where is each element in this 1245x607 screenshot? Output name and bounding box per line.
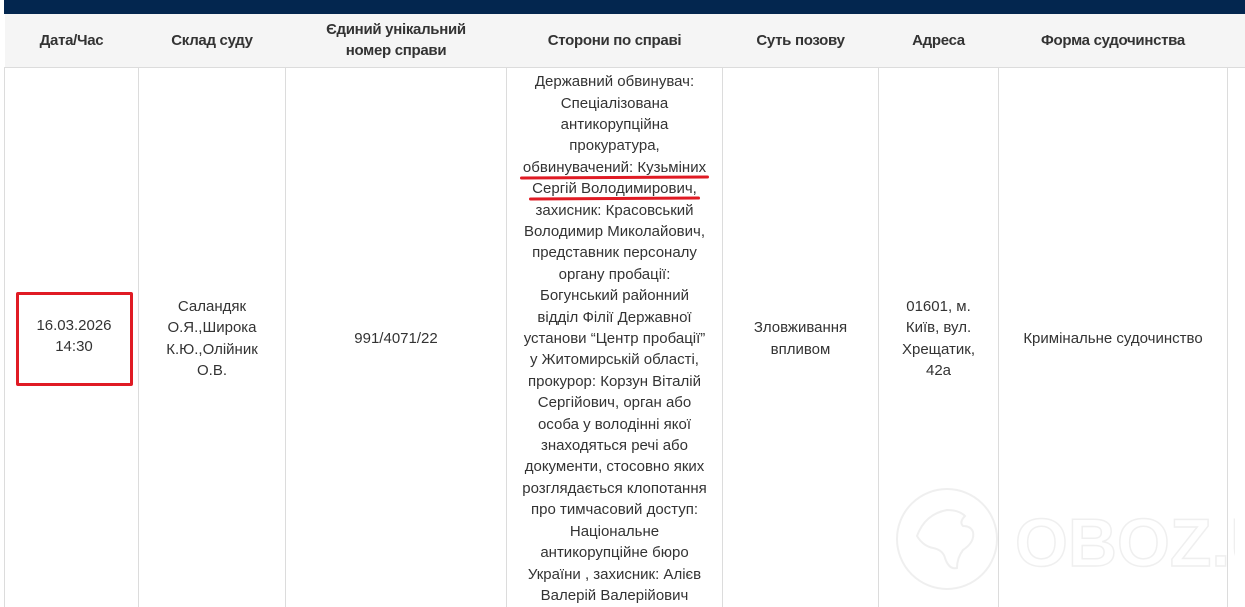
highlighted-party-line: обвинувачений: Кузьміних (517, 157, 712, 178)
header-address[interactable]: Адреса (879, 14, 999, 67)
header-court-composition[interactable]: Склад суду (139, 14, 286, 67)
court-schedule-page: Дата/Час Склад суду Єдиний унікальний но… (0, 0, 1245, 607)
header-claim[interactable]: Суть позову (723, 14, 879, 67)
cell-claim: Зловживання впливом (723, 67, 879, 607)
parties-text-before: Державний обвинувач:Спеціалізованаантико… (517, 71, 712, 157)
party-line: Державний обвинувач: (517, 71, 712, 92)
table-header-row: Дата/Час Склад суду Єдиний унікальний но… (5, 14, 1245, 67)
party-line: прокуратура, (517, 135, 712, 156)
claim-line: Зловживання (733, 317, 868, 338)
highlighted-text: Сергій Володимирович, (532, 180, 697, 197)
party-line: захисник: Красовський (517, 200, 712, 221)
party-line: відділ Філії Державної (517, 307, 712, 328)
party-line: знаходяться речі або (517, 435, 712, 456)
address-line: 01601, м. (889, 296, 988, 317)
party-line: особа у володінні якої (517, 414, 712, 435)
top-navigation-bar (4, 0, 1245, 14)
court-composition-line: О.Я.,Широка (149, 317, 275, 338)
cell-address: 01601, м. Київ, вул. Хрещатик, 42а (879, 67, 999, 607)
party-line: антикорупційне бюро (517, 542, 712, 563)
party-line: про тимчасовий доступ: (517, 499, 712, 520)
parties-text-after: захисник: КрасовськийВолодимир Миколайов… (517, 200, 712, 607)
party-line: Валерій Валерійович (517, 585, 712, 606)
address-line: 42а (889, 360, 988, 381)
header-case-number[interactable]: Єдиний унікальний номер справи (286, 14, 507, 67)
highlighted-text: обвинувачений: Кузьміних (523, 159, 706, 176)
cell-parties: Державний обвинувач:Спеціалізованаантико… (507, 67, 723, 607)
header-spacer (1228, 14, 1245, 67)
cell-spacer (1228, 67, 1245, 607)
address-line: Хрещатик, (889, 339, 988, 360)
court-composition-line: Саландяк (149, 296, 275, 317)
header-case-number-line2: номер справи (292, 40, 501, 61)
header-case-number-line1: Єдиний унікальний (292, 19, 501, 40)
court-hearings-table: Дата/Час Склад суду Єдиний унікальний но… (4, 14, 1245, 607)
court-composition-line: О.В. (149, 360, 275, 381)
hearing-date: 16.03.2026 (19, 315, 130, 336)
highlighted-party-line: Сергій Володимирович, (517, 178, 712, 199)
party-line: Спеціалізована (517, 93, 712, 114)
party-line: представник персоналу (517, 242, 712, 263)
table-row: 16.03.2026 14:30 Саландяк О.Я.,Широка К.… (5, 67, 1245, 607)
party-line: Сергійович, орган або (517, 392, 712, 413)
party-line: розглядається клопотання (517, 478, 712, 499)
highlight-box: 16.03.2026 14:30 (16, 292, 133, 386)
parties-highlighted-defendant: обвинувачений: КузьмінихСергій Володимир… (517, 157, 712, 200)
party-line: України , захисник: Алієв (517, 564, 712, 585)
cell-court-composition: Саландяк О.Я.,Широка К.Ю.,Олійник О.В. (139, 67, 286, 607)
cell-proceeding-form: Кримінальне судочинство (999, 67, 1228, 607)
party-line: Богунський районний (517, 285, 712, 306)
party-line: прокурор: Корзун Віталій (517, 371, 712, 392)
header-parties[interactable]: Сторони по справі (507, 14, 723, 67)
cell-case-number: 991/4071/22 (286, 67, 507, 607)
party-line: установи “Центр пробації” (517, 328, 712, 349)
header-proceeding-form[interactable]: Форма судочинства (999, 14, 1228, 67)
claim-line: впливом (733, 339, 868, 360)
address-line: Київ, вул. (889, 317, 988, 338)
court-composition-line: К.Ю.,Олійник (149, 339, 275, 360)
header-date-time[interactable]: Дата/Час (5, 14, 139, 67)
party-line: антикорупційна (517, 114, 712, 135)
hearing-time: 14:30 (19, 336, 130, 357)
party-line: Володимир Миколайович, (517, 221, 712, 242)
party-line: органу пробації: (517, 264, 712, 285)
cell-date-time: 16.03.2026 14:30 (5, 67, 139, 607)
party-line: у Житомирській області, (517, 349, 712, 370)
party-line: Національне (517, 521, 712, 542)
party-line: документи, стосовно яких (517, 456, 712, 477)
